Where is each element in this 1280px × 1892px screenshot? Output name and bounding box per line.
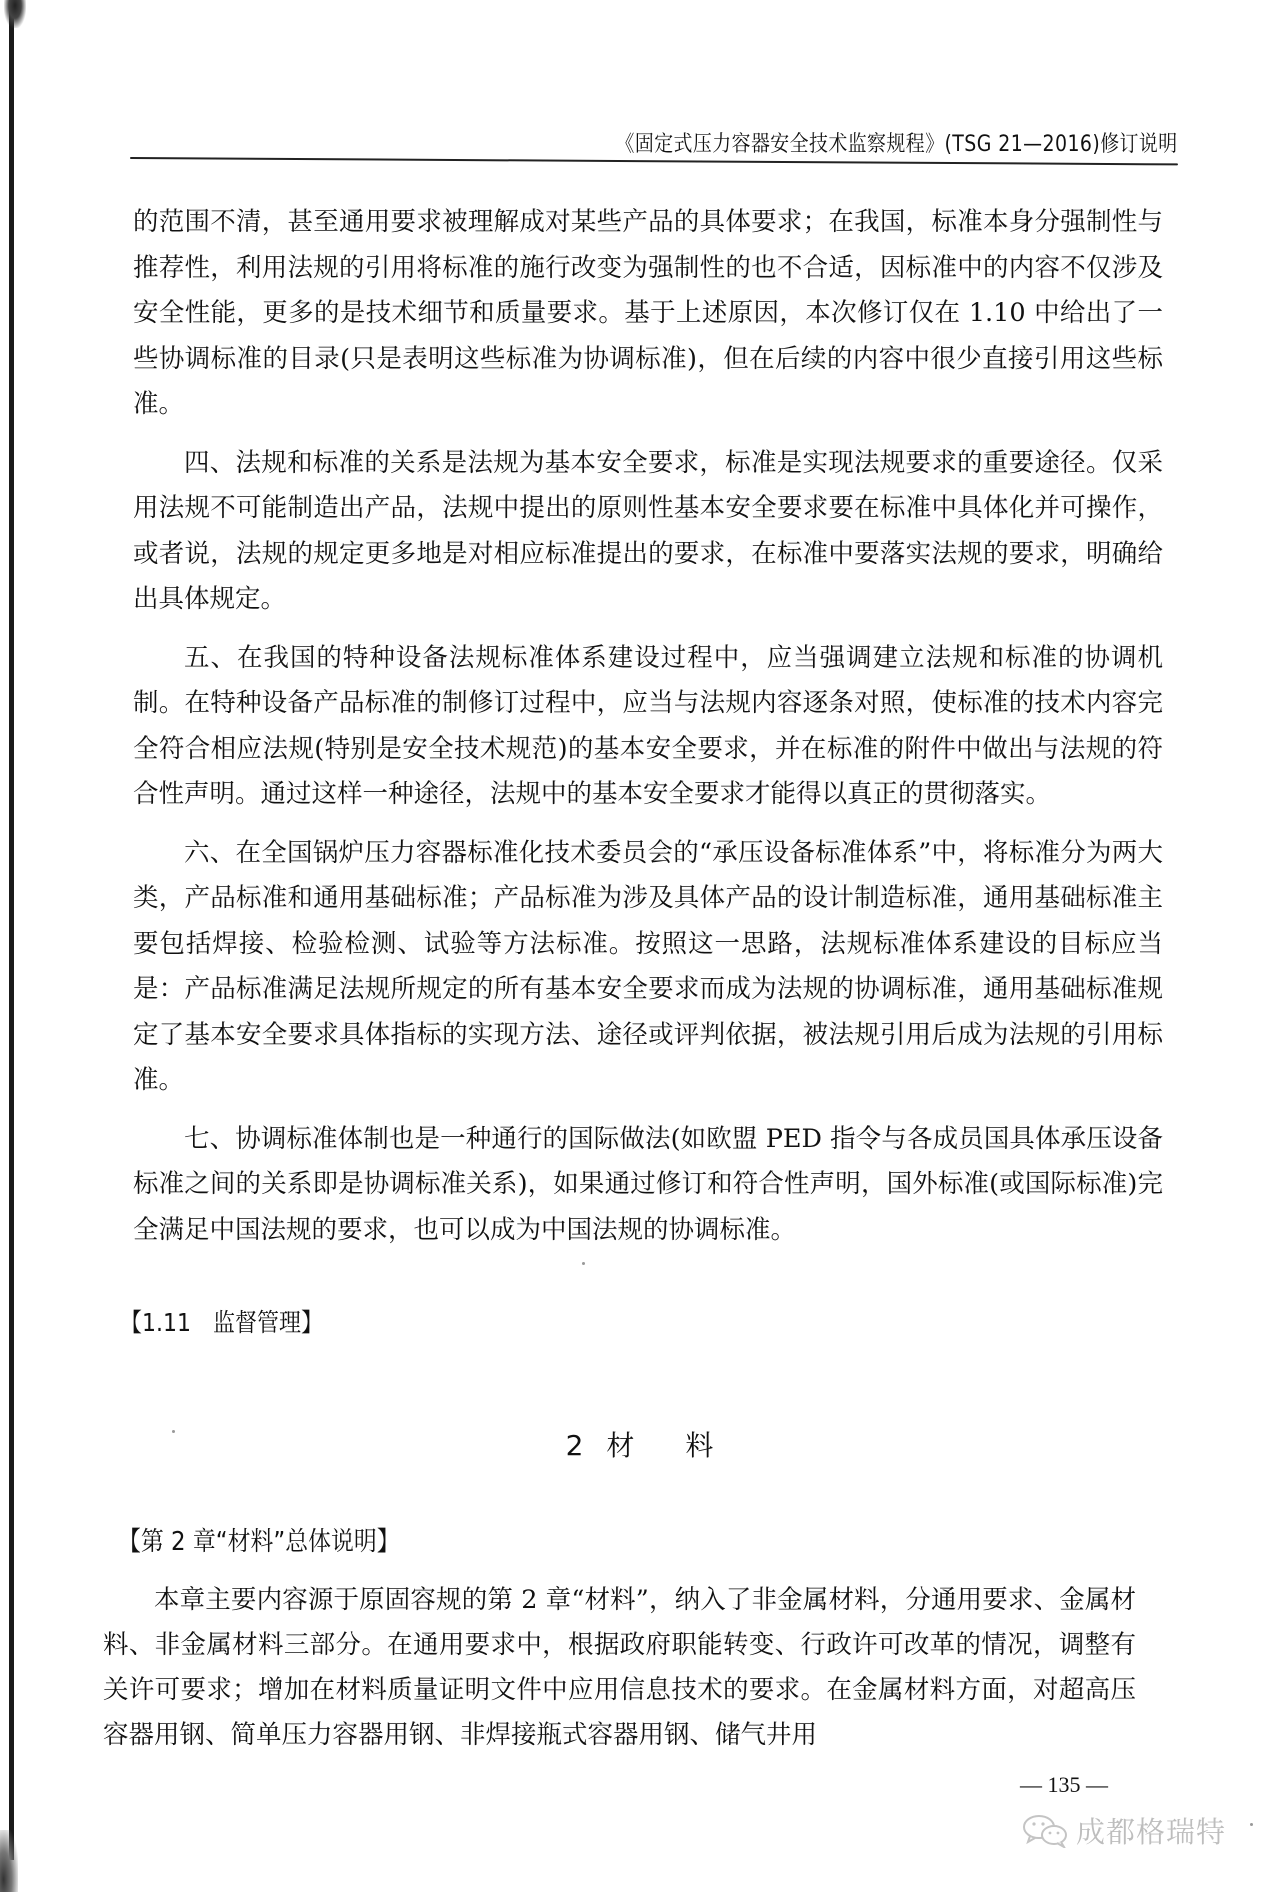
scan-speck: [173, 598, 176, 601]
scan-speck: [1250, 1823, 1253, 1826]
chapter-title-char: 材: [606, 1429, 635, 1462]
wechat-icon: [1022, 1814, 1070, 1848]
chapter-title: 2材料: [0, 1424, 1280, 1464]
watermark-text: 成都格瑞特: [1076, 1810, 1226, 1851]
paragraph-point-7: 七、协调标准体制也是一种通行的国际做法(如欧盟 PED 指令与各成员国具体承压设…: [133, 1117, 1163, 1254]
paragraph-continuation: 的范围不清，甚至通用要求被理解成对某些产品的具体要求；在我国，标准本身分强制性与…: [133, 200, 1163, 428]
scan-speck: [172, 1430, 175, 1433]
chapter-title-char: 料: [685, 1429, 714, 1462]
scan-speck: [582, 1262, 585, 1265]
scan-binding-edge: [9, 0, 14, 1860]
page-number: — 135 —: [1020, 1772, 1108, 1798]
scan-ink-blot: [4, 0, 26, 28]
chapter-number: 2: [566, 1429, 585, 1462]
running-header: 《固定式压力容器安全技术监察规程》(TSG 21—2016)修订说明: [616, 127, 1178, 158]
paragraph-point-5: 五、在我国的特种设备法规标准体系建设过程中，应当强调建立法规和标准的协调机制。在…: [133, 636, 1163, 818]
chapter-subheading: 【第 2 章“材料”总体说明】: [118, 1521, 400, 1558]
section-heading: 【1.11 监督管理】: [120, 1303, 323, 1339]
paragraph-point-4: 四、法规和标准的关系是法规为基本安全要求，标准是实现法规要求的重要途径。仅采用法…: [133, 441, 1163, 623]
paragraph-point-6: 六、在全国锅炉压力容器标准化技术委员会的“承压设备标准体系”中，将标准分为两大类…: [133, 831, 1163, 1104]
watermark: 成都格瑞特: [1022, 1810, 1226, 1851]
paragraph-chapter-intro: 本章主要内容源于原固容规的第 2 章“材料”，纳入了非金属材料，分通用要求、金属…: [103, 1578, 1136, 1758]
scan-ink-blot: [0, 1830, 18, 1892]
header-rule: [130, 157, 1178, 165]
body-text: 的范围不清，甚至通用要求被理解成对某些产品的具体要求；在我国，标准本身分强制性与…: [133, 200, 1163, 1266]
chapter-body-text: 本章主要内容源于原固容规的第 2 章“材料”，纳入了非金属材料，分通用要求、金属…: [103, 1578, 1136, 1758]
